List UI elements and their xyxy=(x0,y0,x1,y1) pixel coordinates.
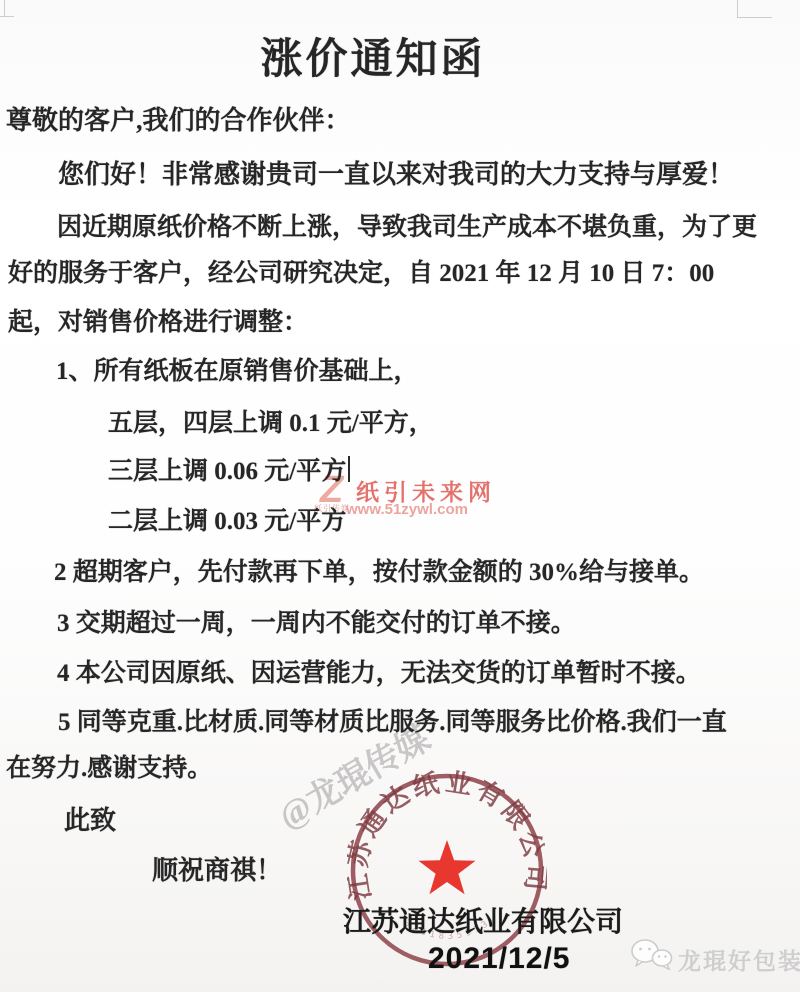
seal-star-icon xyxy=(419,840,476,894)
intro-line-3: 起，对销售价格进行调整： xyxy=(8,302,308,338)
price-item-1-sub-3: 二层上调 0.03 元/平方 xyxy=(108,501,346,537)
corner-mark-top-left xyxy=(0,16,14,17)
wish-line: 顺祝商祺！ xyxy=(152,850,282,887)
channel-watermark: 龙琨好包装 xyxy=(630,938,800,978)
company-name: 江苏通达纸业有限公司 xyxy=(343,900,623,940)
notice-item-5-line-2: 在努力.感谢支持。 xyxy=(6,748,212,784)
notice-item-2: 2 超期客户，先付款再下单，按付款金额的 30%给与接单。 xyxy=(54,552,704,588)
price-item-1-sub-2: 三层上调 0.06 元/平方 xyxy=(108,451,350,487)
salutation-line: 尊敬的客户,我们的合作伙伴： xyxy=(6,100,351,137)
channel-watermark-text: 龙琨好包装 xyxy=(678,943,800,976)
seal-arc-text: 江苏通达纸业有限公司 xyxy=(347,770,547,902)
price-notice-document: 涨价通知函 尊敬的客户,我们的合作伙伴： 您们好！非常感谢贵司一直以来对我司的大… xyxy=(0,0,800,992)
corner-mark-top-right xyxy=(737,17,772,18)
price-item-1: 1、所有纸板在原销售价基础上， xyxy=(56,351,419,387)
intro-line-2: 好的服务于客户，经公司研究决定，自 2021 年 12 月 10 日 7：00 xyxy=(8,253,714,289)
page-title: 涨价通知函 xyxy=(0,26,746,86)
notice-item-4: 4 本公司因原纸、因运营能力，无法交货的订单暂时不接。 xyxy=(57,653,701,689)
corner-mark-top-right xyxy=(737,0,738,18)
date-line: 2021/12/5 xyxy=(428,942,570,976)
notice-item-5-line-1: 5 同等克重.比材质.同等材质比服务.同等服务比价格.我们一直 xyxy=(58,702,727,738)
intro-line-1: 因近期原纸价格不断上涨，导致我司生产成本不堪负重，为了更 xyxy=(57,207,757,243)
corner-mark-top-left xyxy=(4,0,5,17)
notice-item-3: 3 交期超过一周，一周内不能交付的订单不接。 xyxy=(57,603,576,639)
company-seal: 江苏通达纸业有限公司 3211835913 xyxy=(347,770,547,970)
wechat-icon xyxy=(630,938,674,972)
price-item-1-sub-2-text: 三层上调 0.06 元/平方 xyxy=(108,458,346,485)
text-cursor xyxy=(348,456,350,482)
site-url-watermark: www.51zywl.com xyxy=(346,501,468,518)
svg-text:江苏通达纸业有限公司: 江苏通达纸业有限公司 xyxy=(347,770,547,902)
closing-line: 此致 xyxy=(64,800,116,837)
price-item-1-sub-1: 五层，四层上调 0.1 元/平方， xyxy=(108,403,434,439)
greeting-line: 您们好！非常感谢贵司一直以来对我司的大力支持与厚爱！ xyxy=(58,154,734,191)
